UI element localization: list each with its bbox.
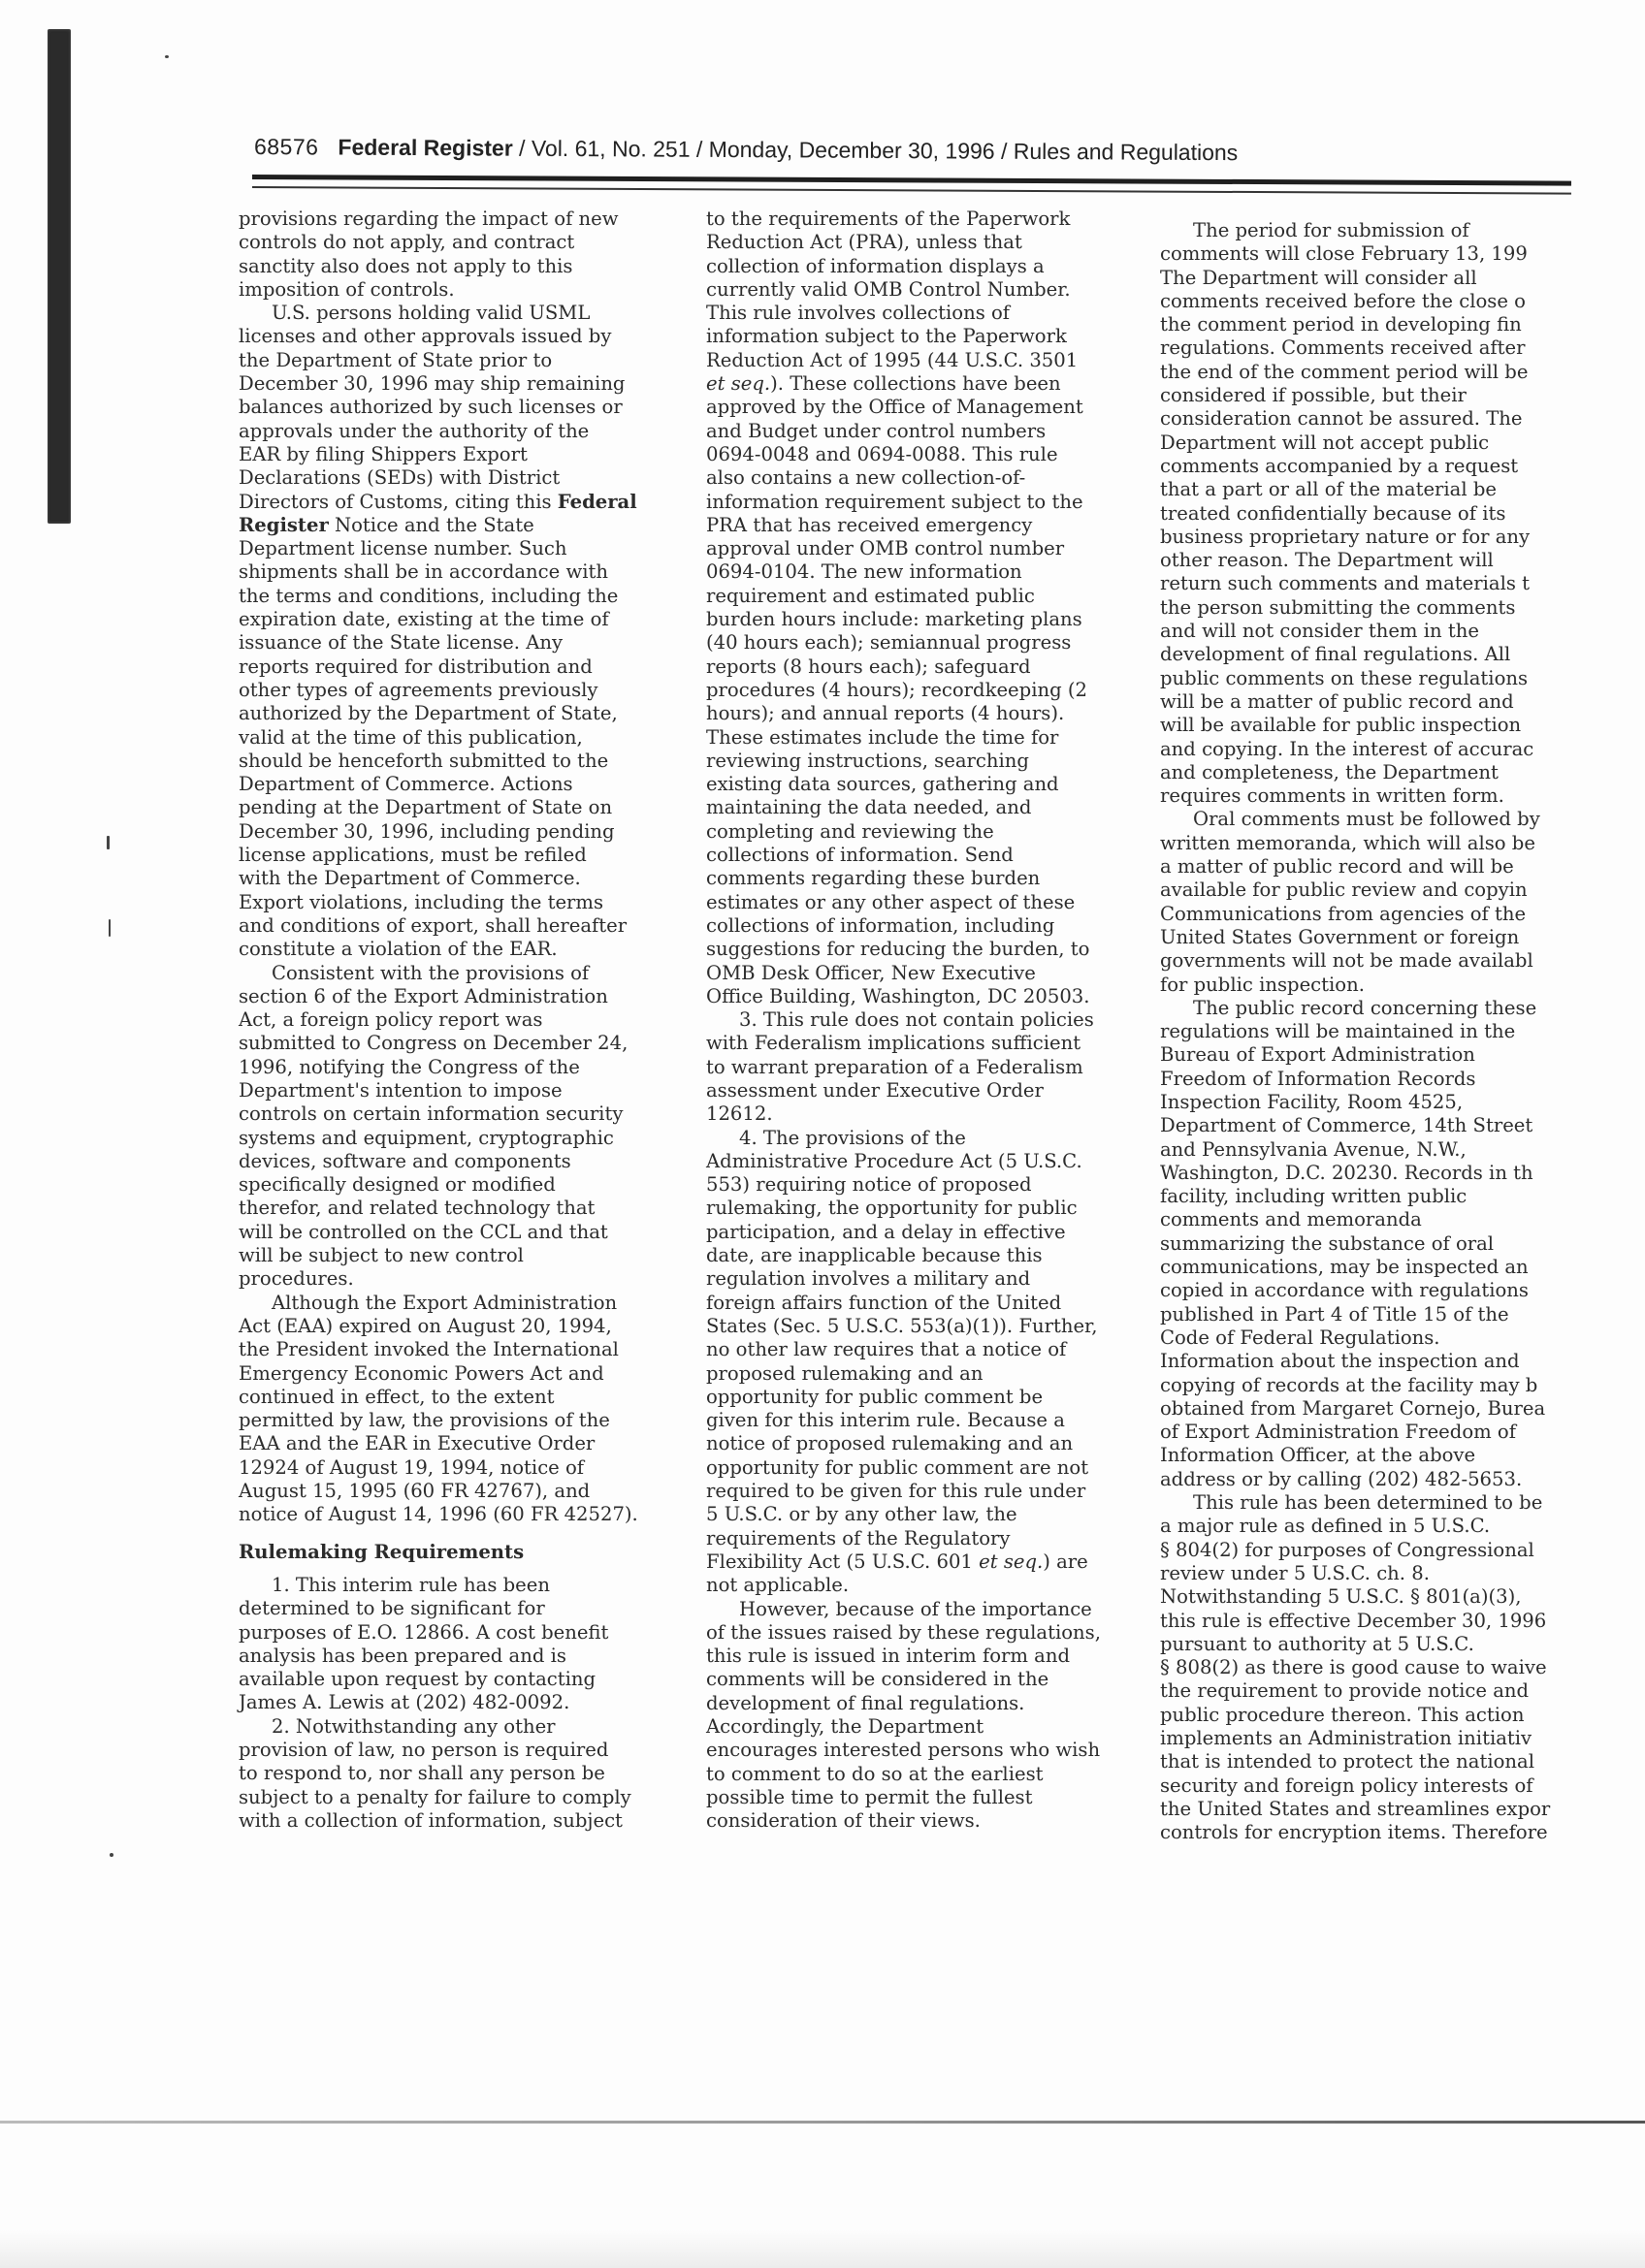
text-line: pursuant to authority at 5 U.S.C. — [1160, 1633, 1645, 1656]
text-line: summarizing the substance of oral — [1160, 1232, 1645, 1256]
text-line: comments received before the close o — [1160, 290, 1645, 313]
text-line: submitted to Congress on December 24, — [239, 1032, 685, 1055]
text-line: The public record concerning these — [1160, 997, 1645, 1020]
text-line: the comment period in developing fin — [1160, 313, 1645, 336]
text-line: procedures. — [239, 1267, 685, 1291]
text-line: Bureau of Export Administration — [1160, 1043, 1645, 1067]
text-line: treated confidentially because of its — [1160, 502, 1645, 526]
paragraph: provisions regarding the impact of newco… — [239, 208, 685, 302]
text-line: completing and reviewing the — [706, 820, 1152, 844]
text-line: Flexibility Act (5 U.S.C. 601 et seq.) a… — [706, 1550, 1152, 1574]
paragraph: This rule has been determined to bea maj… — [1160, 1491, 1645, 1844]
text-line: controls on certain information security — [239, 1102, 685, 1126]
text-line: Washington, D.C. 20230. Records in th — [1160, 1162, 1645, 1185]
text-line: will be a matter of public record and — [1160, 690, 1645, 714]
text-line: 12612. — [706, 1102, 1152, 1126]
scan-shadow — [0, 2230, 1645, 2268]
text-line: consideration cannot be assured. The — [1160, 407, 1645, 431]
text-line: 1996, notifying the Congress of the — [239, 1056, 685, 1079]
text-line: 12924 of August 19, 1994, notice of — [239, 1456, 685, 1480]
text-line: 553) requiring notice of proposed — [706, 1173, 1152, 1197]
text-line: Freedom of Information Records — [1160, 1068, 1645, 1091]
section-heading: Rulemaking Requirements — [239, 1541, 685, 1564]
text-line: and will not consider them in the — [1160, 620, 1645, 643]
page-number: 68576 — [254, 134, 319, 159]
text-line: regulations will be maintained in the — [1160, 1020, 1645, 1043]
text-line: approval under OMB control number — [706, 537, 1152, 560]
text-line: maintaining the data needed, and — [706, 796, 1152, 819]
text-line: permitted by law, the provisions of the — [239, 1409, 685, 1432]
text-line: public comments on these regulations — [1160, 667, 1645, 690]
text-line: that a part or all of the material be — [1160, 478, 1645, 501]
text-line: the end of the comment period will be — [1160, 361, 1645, 384]
text-line: analysis has been prepared and is — [239, 1645, 685, 1668]
text-line: collections of information, including — [706, 914, 1152, 938]
text-line: 5 U.S.C. or by any other law, the — [706, 1503, 1152, 1526]
text-line: this rule is issued in interim form and — [706, 1645, 1152, 1668]
text-line: not applicable. — [706, 1574, 1152, 1597]
scan-speck — [107, 836, 110, 849]
page-bottom-edge — [0, 2121, 1645, 2124]
text-line: burden hours include: marketing plans — [706, 608, 1152, 631]
text-line: should be henceforth submitted to the — [239, 750, 685, 773]
text-line: United States Government or foreign — [1160, 926, 1645, 949]
text-line: copying of records at the facility may b — [1160, 1374, 1645, 1397]
text-line: copied in accordance with regulations — [1160, 1279, 1645, 1302]
text-line: other types of agreements previously — [239, 679, 685, 702]
text-line: Reduction Act of 1995 (44 U.S.C. 3501 — [706, 349, 1152, 372]
paragraph: However, because of the importanceof the… — [706, 1598, 1152, 1834]
text-line: the President invoked the International — [239, 1338, 685, 1361]
text-line: information subject to the Paperwork — [706, 325, 1152, 348]
text-line: determined to be significant for — [239, 1597, 685, 1620]
scan-binding-edge — [48, 29, 71, 524]
text-line: comments will close February 13, 199 — [1160, 242, 1645, 266]
text-line: to warrant preparation of a Federalism — [706, 1056, 1152, 1079]
paragraph: U.S. persons holding valid USMLlicenses … — [239, 302, 685, 961]
text-line: and completeness, the Department — [1160, 761, 1645, 784]
text-line: with Federalism implications sufficient — [706, 1032, 1152, 1055]
paragraph: 2. Notwithstanding any otherprovision of… — [239, 1715, 685, 1833]
text-line: facility, including written public — [1160, 1185, 1645, 1208]
header-rule-thin — [252, 186, 1571, 195]
text-line: This rule involves collections of — [706, 302, 1152, 325]
text-line: regulations. Comments received after — [1160, 336, 1645, 360]
text-line: (40 hours each); semiannual progress — [706, 631, 1152, 655]
text-line: hours); and annual reports (4 hours). — [706, 702, 1152, 725]
paragraph: 1. This interim rule has beendetermined … — [239, 1574, 685, 1715]
text-line: 3. This rule does not contain policies — [706, 1008, 1152, 1032]
text-line: of the issues raised by these regulation… — [706, 1621, 1152, 1645]
text-line: return such comments and materials t — [1160, 572, 1645, 595]
text-line: requirements of the Regulatory — [706, 1527, 1152, 1550]
text-line: 2. Notwithstanding any other — [239, 1715, 685, 1739]
text-line: possible time to permit the fullest — [706, 1786, 1152, 1809]
scan-speck — [165, 55, 169, 58]
text-line: encourages interested persons who wish — [706, 1739, 1152, 1762]
text-line: Administrative Procedure Act (5 U.S.C. — [706, 1150, 1152, 1173]
text-line: with a collection of information, subjec… — [239, 1809, 685, 1833]
text-line: 1. This interim rule has been — [239, 1574, 685, 1597]
text-line: 4. The provisions of the — [706, 1127, 1152, 1150]
text-line: communications, may be inspected an — [1160, 1256, 1645, 1279]
text-line: of Export Administration Freedom of — [1160, 1421, 1645, 1444]
column-left: provisions regarding the impact of newco… — [239, 208, 685, 1833]
text-line: the requirement to provide notice and — [1160, 1679, 1645, 1703]
text-line: public procedure thereon. This action — [1160, 1704, 1645, 1727]
text-line: published in Part 4 of Title 15 of the — [1160, 1303, 1645, 1326]
text-line: December 30, 1996 may ship remaining — [239, 372, 685, 396]
text-line: opportunity for public comment are not — [706, 1456, 1152, 1480]
text-line: reports required for distribution and — [239, 655, 685, 679]
paragraph: 4. The provisions of theAdministrative P… — [706, 1127, 1152, 1598]
paragraph: Although the Export AdministrationAct (E… — [239, 1292, 685, 1527]
text-line: and Pennsylvania Avenue, N.W., — [1160, 1138, 1645, 1162]
text-line: controls for encryption items. Therefore — [1160, 1821, 1645, 1844]
issue-info: / Vol. 61, No. 251 / Monday, December 30… — [513, 136, 1239, 166]
text-line: 0694-0104. The new information — [706, 560, 1152, 584]
text-line: obtained from Margaret Cornejo, Burea — [1160, 1397, 1645, 1421]
text-line: also contains a new collection-of- — [706, 466, 1152, 490]
text-line: the person submitting the comments — [1160, 596, 1645, 620]
text-line: security and foreign policy interests of — [1160, 1774, 1645, 1798]
text-line: OMB Desk Officer, New Executive — [706, 962, 1152, 985]
text-line: notice of August 14, 1996 (60 FR 42527). — [239, 1503, 685, 1526]
scan-speck — [109, 919, 111, 937]
text-line: proposed rulemaking and an — [706, 1362, 1152, 1386]
text-line: § 804(2) for purposes of Congressional — [1160, 1539, 1645, 1562]
paragraph: The public record concerning theseregula… — [1160, 997, 1645, 1491]
text-line: subject to a penalty for failure to comp… — [239, 1786, 685, 1809]
text-line: Department's intention to impose — [239, 1079, 685, 1102]
text-line: Department license number. Such — [239, 537, 685, 560]
text-line: comments regarding these burden — [706, 867, 1152, 890]
text-line: December 30, 1996, including pending — [239, 820, 685, 844]
text-line: business proprietary nature or for any — [1160, 526, 1645, 549]
text-line: comments will be considered in the — [706, 1668, 1152, 1691]
text-line: § 808(2) as there is good cause to waive — [1160, 1656, 1645, 1679]
text-line: comments and memoranda — [1160, 1208, 1645, 1231]
text-line: requires comments in written form. — [1160, 784, 1645, 808]
text-line: reports (8 hours each); safeguard — [706, 655, 1152, 679]
text-line: development of final regulations. All — [1160, 643, 1645, 666]
text-line: Department of Commerce, 14th Street — [1160, 1114, 1645, 1137]
text-line: et seq.). These collections have been — [706, 372, 1152, 396]
text-line: this rule is effective December 30, 1996 — [1160, 1610, 1645, 1633]
paragraph: The period for submission ofcomments wil… — [1160, 219, 1645, 808]
paragraph: Oral comments must be followed bywritten… — [1160, 808, 1645, 996]
text-line: notice of proposed rulemaking and an — [706, 1432, 1152, 1455]
paragraph: Consistent with the provisions ofsection… — [239, 962, 685, 1292]
text-line: participation, and a delay in effective — [706, 1221, 1152, 1244]
text-line: required to be given for this rule under — [706, 1480, 1152, 1503]
text-line: Department will not accept public — [1160, 431, 1645, 455]
text-line: available for public review and copyin — [1160, 878, 1645, 902]
text-line: balances authorized by such licenses or — [239, 396, 685, 419]
text-line: EAA and the EAR in Executive Order — [239, 1432, 685, 1455]
column-middle: to the requirements of the PaperworkRedu… — [706, 208, 1152, 1833]
text-line: review under 5 U.S.C. ch. 8. — [1160, 1562, 1645, 1585]
text-line: Reduction Act (PRA), unless that — [706, 231, 1152, 254]
text-line: This rule has been determined to be — [1160, 1491, 1645, 1515]
text-line: collections of information. Send — [706, 844, 1152, 867]
text-line: specifically designed or modified — [239, 1173, 685, 1197]
text-line: valid at the time of this publication, — [239, 726, 685, 750]
text-line: to respond to, nor shall any person be — [239, 1762, 685, 1785]
text-line: James A. Lewis at (202) 482-0092. — [239, 1691, 685, 1714]
text-line: regulation involves a military and — [706, 1267, 1152, 1291]
text-line: Accordingly, the Department — [706, 1715, 1152, 1739]
text-line: will be controlled on the CCL and that — [239, 1221, 685, 1244]
text-line: other reason. The Department will — [1160, 549, 1645, 572]
text-line: imposition of controls. — [239, 278, 685, 302]
text-line: devices, software and components — [239, 1150, 685, 1173]
text-line: Emergency Economic Powers Act and — [239, 1362, 685, 1386]
text-line: opportunity for public comment be — [706, 1386, 1152, 1409]
text-line: pending at the Department of State on — [239, 796, 685, 819]
text-line: Export violations, including the terms — [239, 891, 685, 914]
text-line: currently valid OMB Control Number. — [706, 278, 1152, 302]
text-line: August 15, 1995 (60 FR 42767), and — [239, 1480, 685, 1503]
column-right: The period for submission ofcomments wil… — [1160, 219, 1645, 1844]
text-line: that is intended to protect the national — [1160, 1750, 1645, 1773]
text-line: the Department of State prior to — [239, 349, 685, 372]
text-line: comments accompanied by a request — [1160, 455, 1645, 478]
text-line: license applications, must be refiled — [239, 844, 685, 867]
text-line: U.S. persons holding valid USML — [239, 302, 685, 325]
text-line: the United States and streamlines expor — [1160, 1798, 1645, 1821]
text-line: written memoranda, which will also be — [1160, 832, 1645, 855]
text-line: to the requirements of the Paperwork — [706, 208, 1152, 231]
page-header: 68576Federal Register / Vol. 61, No. 251… — [254, 134, 1573, 168]
text-line: PRA that has received emergency — [706, 514, 1152, 537]
text-line: Code of Federal Regulations. — [1160, 1326, 1645, 1350]
text-line: Inspection Facility, Room 4525, — [1160, 1091, 1645, 1114]
text-line: and copying. In the interest of accurac — [1160, 738, 1645, 761]
text-line: Act (EAA) expired on August 20, 1994, — [239, 1315, 685, 1338]
text-line: EAR by filing Shippers Export — [239, 443, 685, 466]
text-line: Declarations (SEDs) with District — [239, 466, 685, 490]
text-line: Directors of Customs, citing this Federa… — [239, 491, 685, 514]
text-line: the terms and conditions, including the — [239, 585, 685, 608]
text-line: available upon request by contacting — [239, 1668, 685, 1691]
text-line: assessment under Executive Order — [706, 1079, 1152, 1102]
text-line: Information about the inspection and — [1160, 1350, 1645, 1373]
paragraph: to the requirements of the PaperworkRedu… — [706, 208, 1152, 1008]
text-line: address or by calling (202) 482-5653. — [1160, 1468, 1645, 1491]
text-line: Communications from agencies of the — [1160, 903, 1645, 926]
text-line: and conditions of export, shall hereafte… — [239, 914, 685, 938]
text-line: for public inspection. — [1160, 974, 1645, 997]
text-line: suggestions for reducing the burden, to — [706, 938, 1152, 961]
text-line: date, are inapplicable because this — [706, 1244, 1152, 1267]
text-line: Oral comments must be followed by — [1160, 808, 1645, 831]
text-line: governments will not be made availabl — [1160, 949, 1645, 973]
text-line: 0694-0048 and 0694-0088. This rule — [706, 443, 1152, 466]
text-line: information requirement subject to the — [706, 491, 1152, 514]
text-line: However, because of the importance — [706, 1598, 1152, 1621]
text-line: authorized by the Department of State, — [239, 702, 685, 725]
text-line: approved by the Office of Management — [706, 396, 1152, 419]
text-line: Notwithstanding 5 U.S.C. § 801(a)(3), — [1160, 1585, 1645, 1609]
text-line: with the Department of Commerce. — [239, 867, 685, 890]
text-line: approvals under the authority of the — [239, 420, 685, 443]
text-line: The Department will consider all — [1160, 267, 1645, 290]
text-line: given for this interim rule. Because a — [706, 1409, 1152, 1432]
text-line: controls do not apply, and contract — [239, 231, 685, 254]
text-line: sanctity also does not apply to this — [239, 255, 685, 278]
text-line: Department of Commerce. Actions — [239, 773, 685, 796]
text-line: consideration of their views. — [706, 1809, 1152, 1833]
text-line: expiration date, existing at the time of — [239, 608, 685, 631]
text-line: section 6 of the Export Administration — [239, 985, 685, 1008]
paragraph: 3. This rule does not contain policieswi… — [706, 1008, 1152, 1126]
text-line: purposes of E.O. 12866. A cost benefit — [239, 1621, 685, 1645]
text-line: States (Sec. 5 U.S.C. 553(a)(1)). Furthe… — [706, 1315, 1152, 1338]
text-line: a major rule as defined in 5 U.S.C. — [1160, 1515, 1645, 1538]
text-line: shipments shall be in accordance with — [239, 560, 685, 584]
text-line: provision of law, no person is required — [239, 1739, 685, 1762]
publication-name: Federal Register — [338, 135, 512, 161]
text-line: will be subject to new control — [239, 1244, 685, 1267]
text-line: implements an Administration initiativ — [1160, 1727, 1645, 1750]
text-line: These estimates include the time for — [706, 726, 1152, 750]
text-line: no other law requires that a notice of — [706, 1338, 1152, 1361]
text-line: continued in effect, to the extent — [239, 1386, 685, 1409]
text-line: therefor, and related technology that — [239, 1197, 685, 1220]
text-line: considered if possible, but their — [1160, 384, 1645, 407]
text-line: development of final regulations. — [706, 1692, 1152, 1715]
text-line: The period for submission of — [1160, 219, 1645, 242]
text-line: issuance of the State license. Any — [239, 631, 685, 655]
text-line: systems and equipment, cryptographic — [239, 1127, 685, 1150]
text-line: Information Officer, at the above — [1160, 1444, 1645, 1467]
text-line: estimates or any other aspect of these — [706, 891, 1152, 914]
scan-speck — [110, 1853, 113, 1857]
text-line: provisions regarding the impact of new — [239, 208, 685, 231]
text-line: Register Notice and the State — [239, 514, 685, 537]
text-line: a matter of public record and will be — [1160, 855, 1645, 878]
text-line: procedures (4 hours); recordkeeping (2 — [706, 679, 1152, 702]
text-line: licenses and other approvals issued by — [239, 325, 685, 348]
text-line: existing data sources, gathering and — [706, 773, 1152, 796]
text-line: Consistent with the provisions of — [239, 962, 685, 985]
text-line: rulemaking, the opportunity for public — [706, 1197, 1152, 1220]
text-line: constitute a violation of the EAR. — [239, 938, 685, 961]
text-line: collection of information displays a — [706, 255, 1152, 278]
text-line: foreign affairs function of the United — [706, 1292, 1152, 1315]
text-line: Act, a foreign policy report was — [239, 1008, 685, 1032]
text-line: will be available for public inspection — [1160, 714, 1645, 737]
text-line: Although the Export Administration — [239, 1292, 685, 1315]
text-line: requirement and estimated public — [706, 585, 1152, 608]
text-line: reviewing instructions, searching — [706, 750, 1152, 773]
text-line: to comment to do so at the earliest — [706, 1763, 1152, 1786]
text-line: and Budget under control numbers — [706, 420, 1152, 443]
text-line: Office Building, Washington, DC 20503. — [706, 985, 1152, 1008]
header-rule-thick — [252, 175, 1571, 186]
